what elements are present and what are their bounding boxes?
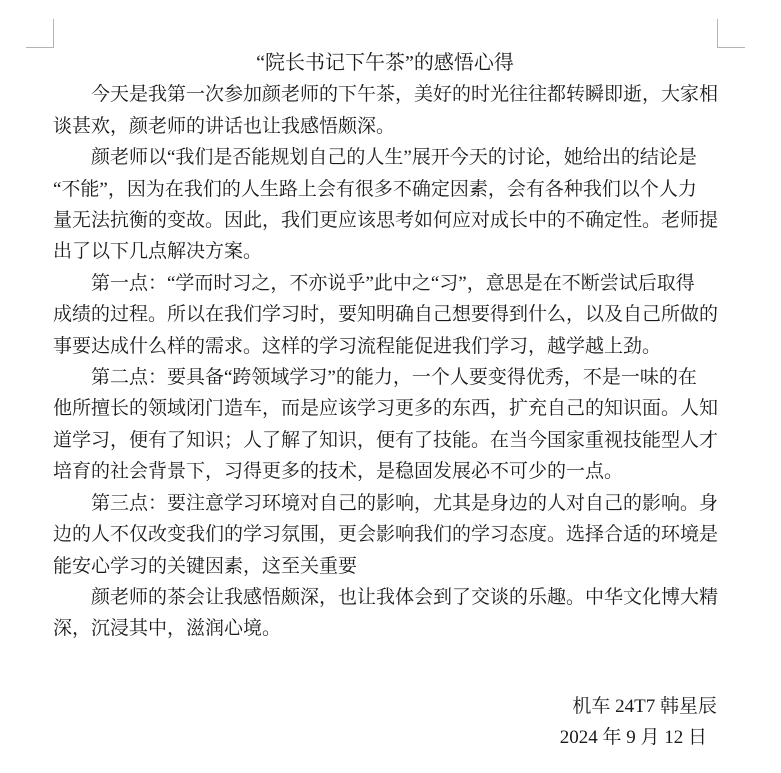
- signature-date: 2024 年 9 月 12 日: [53, 722, 717, 753]
- paragraph-line: 第一点：“学而时习之，不亦说乎”此中之“习”，意思是在不断尝试后取得: [53, 268, 717, 299]
- paragraph: 第一点：“学而时习之，不亦说乎”此中之“习”，意思是在不断尝试后取得成绩的过程。…: [53, 268, 717, 362]
- document-title: “院长书记下午茶”的感悟心得: [53, 48, 717, 79]
- paragraph-line: 出了以下几点解决方案。: [53, 236, 717, 267]
- document-page: “院长书记下午茶”的感悟心得 今天是我第一次参加颜老师的下午茶，美好的时光往往都…: [0, 0, 781, 773]
- paragraph-line: 谈甚欢，颜老师的讲话也让我感悟颇深。: [53, 111, 717, 142]
- paragraph-line: 能安心学习的关键因素，这至关重要: [53, 551, 717, 582]
- paragraph-line: 事要达成什么样的需求。这样的学习流程能促进我们学习，越学越上劲。: [53, 331, 717, 362]
- paragraph-line: 成绩的过程。所以在我们学习时，要知明确自己想要得到什么，以及自己所做的: [53, 299, 717, 330]
- paragraph-line: 量无法抗衡的变故。因此，我们更应该思考如何应对成长中的不确定性。老师提: [53, 205, 717, 236]
- paragraph-line: 颜老师的茶会让我感悟颇深，也让我体会到了交谈的乐趣。中华文化博大精: [53, 582, 717, 613]
- paragraph-line: “不能”，因为在我们的人生路上会有很多不确定因素，会有各种我们以个人力: [53, 174, 717, 205]
- paragraph: 第三点：要注意学习环境对自己的影响，尤其是身边的人对自己的影响。身边的人不仅改变…: [53, 488, 717, 582]
- signature-author: 机车 24T7 韩星辰: [53, 691, 717, 722]
- paragraphs-container: 今天是我第一次参加颜老师的下午茶，美好的时光往往都转瞬即逝，大家相谈甚欢，颜老师…: [53, 79, 717, 644]
- paragraph-line: 培育的社会背景下，习得更多的技术，是稳固发展必不可少的一点。: [53, 456, 717, 487]
- paragraph-line: 颜老师以“我们是否能规划自己的人生”展开今天的讨论，她给出的结论是: [53, 142, 717, 173]
- margin-crop-mark-top-right-vertical: [717, 19, 718, 48]
- paragraph: 颜老师的茶会让我感悟颇深，也让我体会到了交谈的乐趣。中华文化博大精深，沉浸其中，…: [53, 582, 717, 645]
- paragraph: 今天是我第一次参加颜老师的下午茶，美好的时光往往都转瞬即逝，大家相谈甚欢，颜老师…: [53, 79, 717, 142]
- paragraph: 第二点：要具备“跨领域学习”的能力，一个人要变得优秀，不是一味的在他所擅长的领域…: [53, 362, 717, 488]
- paragraph-line: 他所擅长的领域闭门造车，而是应该学习更多的东西，扩充自己的知识面。人知: [53, 393, 717, 424]
- paragraph: 颜老师以“我们是否能规划自己的人生”展开今天的讨论，她给出的结论是“不能”，因为…: [53, 142, 717, 268]
- paragraph-line: 道学习，便有了知识；人了解了知识，便有了技能。在当今国家重视技能型人才: [53, 425, 717, 456]
- paragraph-line: 第二点：要具备“跨领域学习”的能力，一个人要变得优秀，不是一味的在: [53, 362, 717, 393]
- paragraph-line: 深，沉浸其中，滋润心境。: [53, 613, 717, 644]
- paragraph-line: 边的人不仅改变我们的学习氛围，更会影响我们的学习态度。选择合适的环境是: [53, 519, 717, 550]
- paragraph-line: 第三点：要注意学习环境对自己的影响，尤其是身边的人对自己的影响。身: [53, 488, 717, 519]
- margin-crop-mark-top-left-horizontal: [26, 47, 54, 48]
- document-body: “院长书记下午茶”的感悟心得 今天是我第一次参加颜老师的下午茶，美好的时光往往都…: [53, 48, 717, 754]
- paragraph-line: 今天是我第一次参加颜老师的下午茶，美好的时光往往都转瞬即逝，大家相: [53, 79, 717, 110]
- margin-crop-mark-top-right-horizontal: [717, 47, 745, 48]
- margin-crop-mark-top-left-vertical: [53, 19, 54, 48]
